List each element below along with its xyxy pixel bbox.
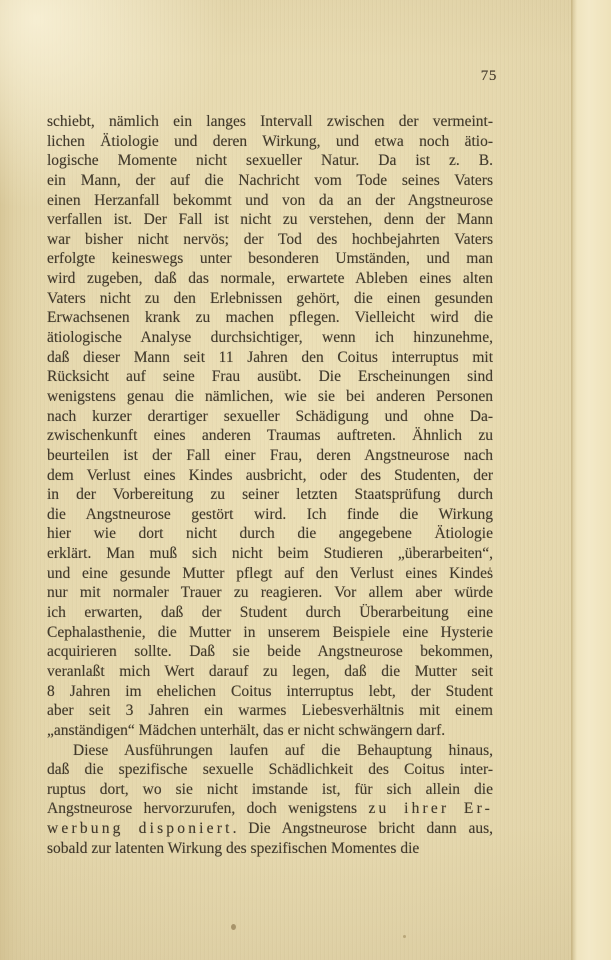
text-line: einen Herzanfall bekommt und von da an d…	[47, 191, 493, 211]
text-line: daß die spezifische sexuelle Schädlichke…	[47, 760, 493, 780]
text-segment: logische Momente nicht sexueller Natur. …	[47, 152, 493, 169]
text-line: erklärt. Man muß sich nicht beim Studier…	[47, 544, 493, 564]
text-segment: verfallen ist. Der Fall ist nicht zu ver…	[47, 211, 493, 228]
text-segment: wenigstens genau die nämlichen, wie sie …	[47, 388, 493, 405]
text-line: schiebt, nämlich ein langes Intervall zw…	[47, 112, 493, 132]
text-line: zwischenkunft eines anderen Traumas auft…	[47, 426, 493, 446]
text-segment: erklärt. Man muß sich nicht beim Studier…	[47, 545, 493, 562]
paper-speck	[489, 567, 491, 570]
text-segment: war bisher nicht nervös; der Tod des hoc…	[47, 231, 493, 248]
text-line: werbung disponiert. Die Angstneurose bri…	[47, 819, 493, 839]
paper-speck	[403, 935, 406, 938]
text-segment: aber seit 3 Jahren ein warmes Liebesverh…	[47, 702, 493, 719]
text-line: beurteilen ist der Fall einer Frau, dere…	[47, 446, 493, 466]
paragraph: schiebt, nämlich ein langes Intervall zw…	[47, 112, 493, 741]
emphasized-text-segment: werbung disponiert	[47, 820, 233, 837]
text-line: nur mit normaler Trauer zu reagieren. Vo…	[47, 583, 493, 603]
text-segment: sobald zur latenten Wirkung des spezifis…	[47, 840, 419, 857]
text-segment: daß die spezifische sexuelle Schädlichke…	[47, 761, 493, 778]
text-line: wird zugeben, daß das normale, erwartete…	[47, 269, 493, 289]
paper-speck	[231, 924, 236, 930]
text-line: 8 Jahren im ehelichen Coitus interruptus…	[47, 682, 493, 702]
text-line: wenigstens genau die nämlichen, wie sie …	[47, 387, 493, 407]
text-line: nach kurzer derartiger sexueller Schädig…	[47, 407, 493, 427]
text-line: dem Verlust eines Kindes ausbricht, oder…	[47, 466, 493, 486]
text-line: war bisher nicht nervös; der Tod des hoc…	[47, 230, 493, 250]
text-segment: Angstneurose hervorzurufen, doch wenigst…	[47, 800, 368, 817]
text-segment: Diese Ausführungen laufen auf die Behaup…	[73, 742, 493, 759]
paragraph: Diese Ausführungen laufen auf die Behaup…	[47, 741, 493, 859]
text-segment: daß dieser Mann seit 11 Jahren den Coitu…	[47, 349, 493, 366]
text-line: logische Momente nicht sexueller Natur. …	[47, 151, 493, 171]
text-block: schiebt, nämlich ein langes Intervall zw…	[47, 112, 493, 858]
text-line: in der Vorbereitung zu seiner letzten St…	[47, 485, 493, 505]
text-line: Erwachsenen krank zu machen pflegen. Vie…	[47, 308, 493, 328]
text-segment: „anständigen“ Mädchen unterhält, das er …	[47, 722, 445, 739]
scanned-book-page: 75 schiebt, nämlich ein langes Intervall…	[0, 0, 611, 960]
text-line: „anständigen“ Mädchen unterhält, das er …	[47, 721, 493, 741]
page-number: 75	[47, 68, 497, 85]
text-segment: Rücksicht auf seine Frau ausübt. Die Ers…	[47, 368, 493, 385]
text-line: ein Mann, der auf die Nachricht vom Tode…	[47, 171, 493, 191]
text-line: Vaters nicht zu den Erlebnissen gehört, …	[47, 289, 493, 309]
text-segment: in der Vorbereitung zu seiner letzten St…	[47, 486, 493, 503]
text-segment: veranlaßt mich Wert darauf zu legen, daß…	[47, 663, 493, 680]
text-line: Diese Ausführungen laufen auf die Behaup…	[47, 741, 493, 761]
text-segment: nach kurzer derartiger sexueller Schädig…	[47, 408, 493, 425]
text-segment: ätiologische Analyse durchsichtiger, wen…	[47, 329, 493, 346]
text-line: ätiologische Analyse durchsichtiger, wen…	[47, 328, 493, 348]
text-segment: ruptus dort, wo sie nicht imstande ist, …	[47, 781, 493, 798]
text-line: und eine gesunde Mutter pflegt auf den V…	[47, 564, 493, 584]
text-line: verfallen ist. Der Fall ist nicht zu ver…	[47, 210, 493, 230]
text-line: Rücksicht auf seine Frau ausübt. Die Ers…	[47, 367, 493, 387]
text-line: ich erwarten, daß der Student durch Über…	[47, 603, 493, 623]
emphasized-text-segment: zu ihrer Er-	[368, 800, 493, 817]
text-segment: einen Herzanfall bekommt und von da an d…	[47, 192, 493, 209]
text-segment: die Angstneurose gestört wird. Ich finde…	[47, 506, 493, 523]
text-segment: lichen Ätiologie und deren Wirkung, und …	[47, 133, 493, 150]
text-segment: Vaters nicht zu den Erlebnissen gehört, …	[47, 290, 493, 307]
text-segment: Erwachsenen krank zu machen pflegen. Vie…	[47, 309, 493, 326]
page-edge-strip	[571, 0, 611, 960]
text-segment: . Die Angstneurose bricht dann aus,	[233, 820, 493, 837]
text-line: acquirieren sollte. Daß sie beide Angstn…	[47, 642, 493, 662]
text-line: hier wie dort nicht durch die angegebene…	[47, 524, 493, 544]
text-segment: zwischenkunft eines anderen Traumas auft…	[47, 427, 493, 444]
text-line: daß dieser Mann seit 11 Jahren den Coitu…	[47, 348, 493, 368]
text-segment: schiebt, nämlich ein langes Intervall zw…	[47, 113, 493, 130]
text-line: erfolgte keineswegs unter besonderen Ums…	[47, 249, 493, 269]
text-line: Cephalasthenie, die Mutter in unserem Be…	[47, 623, 493, 643]
text-segment: 8 Jahren im ehelichen Coitus interruptus…	[47, 683, 493, 700]
text-line: lichen Ätiologie und deren Wirkung, und …	[47, 132, 493, 152]
text-segment: hier wie dort nicht durch die angegebene…	[47, 525, 493, 542]
text-line: die Angstneurose gestört wird. Ich finde…	[47, 505, 493, 525]
text-segment: und eine gesunde Mutter pflegt auf den V…	[47, 565, 493, 582]
text-line: veranlaßt mich Wert darauf zu legen, daß…	[47, 662, 493, 682]
text-line: ruptus dort, wo sie nicht imstande ist, …	[47, 780, 493, 800]
text-segment: dem Verlust eines Kindes ausbricht, oder…	[47, 467, 493, 484]
text-line: aber seit 3 Jahren ein warmes Liebesverh…	[47, 701, 493, 721]
text-segment: ein Mann, der auf die Nachricht vom Tode…	[47, 172, 493, 189]
text-segment: acquirieren sollte. Daß sie beide Angstn…	[47, 643, 493, 660]
text-segment: wird zugeben, daß das normale, erwartete…	[47, 270, 493, 287]
text-segment: beurteilen ist der Fall einer Frau, dere…	[47, 447, 493, 464]
text-segment: erfolgte keineswegs unter besonderen Ums…	[47, 250, 493, 267]
text-segment: nur mit normaler Trauer zu reagieren. Vo…	[47, 584, 493, 601]
text-line: Angstneurose hervorzurufen, doch wenigst…	[47, 799, 493, 819]
text-segment: ich erwarten, daß der Student durch Über…	[47, 604, 493, 621]
text-segment: Cephalasthenie, die Mutter in unserem Be…	[47, 624, 493, 641]
text-line: sobald zur latenten Wirkung des spezifis…	[47, 839, 493, 859]
